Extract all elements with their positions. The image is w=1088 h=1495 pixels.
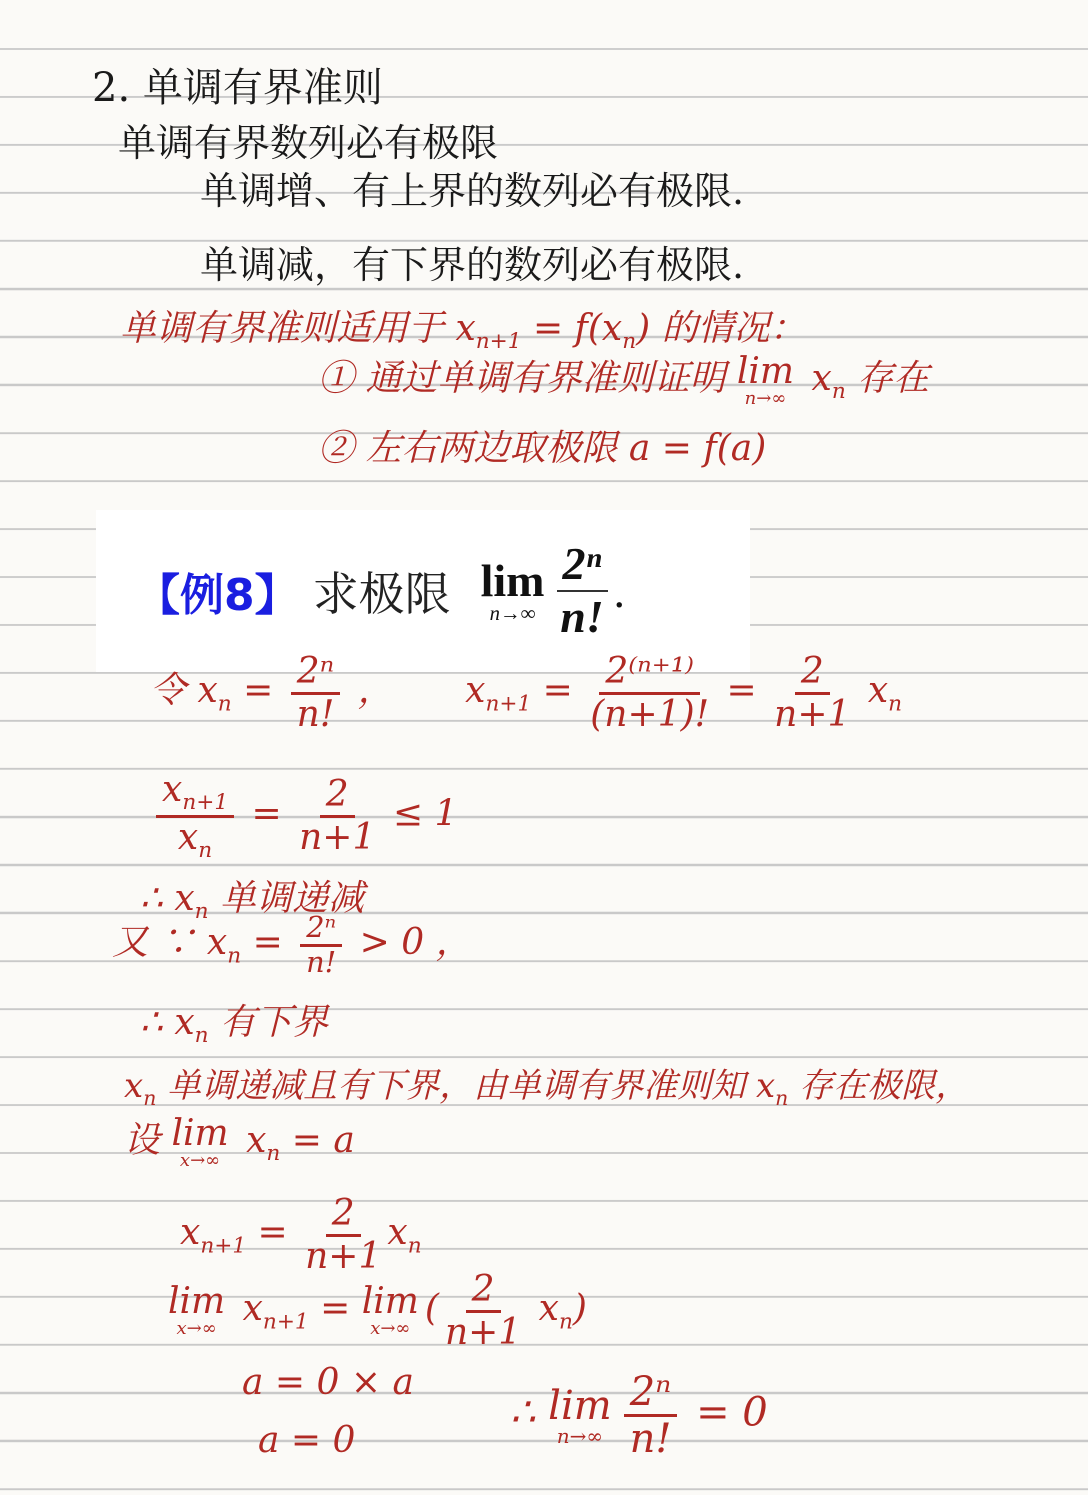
step-2: ② 左右两边取极限 a = f(a) <box>318 420 766 471</box>
solution-let: 令 xn = 2ⁿn! ， xn+1 = 2⁽ⁿ⁺¹⁾(n+1)! = 2n+1… <box>150 652 902 734</box>
solution-conclusion: xn 单调递减且有下界，由单调有界准则知 xn 存在极限， <box>124 1058 969 1110</box>
theorem-statement: 单调有界数列必有极限 <box>118 112 498 167</box>
solution-limit-both-sides: limx→∞ xn+1 = limx→∞(2n+1 xn) <box>168 1270 587 1352</box>
solution-a-equation: a = 0 × a <box>242 1362 414 1403</box>
solution-ratio: xn+1xn = 2n+1 ≤ 1 <box>150 770 457 863</box>
solution-positive: 又 ∵ xn = 2ⁿn! > 0 ， <box>112 912 472 978</box>
step-1: ① 通过单调有界准则证明 limn→∞ xn 存在 <box>318 350 929 408</box>
example-prompt: 求极限 <box>313 558 451 624</box>
example-formula: limn→∞ 2ⁿn! . <box>481 539 625 642</box>
example-problem-image: 【例8】 求极限 limn→∞ 2ⁿn! . <box>96 510 750 672</box>
decreasing-case: 单调减，有下界的数列必有极限. <box>200 234 744 289</box>
solution-bounded: ∴ xn 有下界 <box>140 994 328 1048</box>
example-tag: 【例8】 <box>136 559 299 623</box>
solution-set-limit: 设 limx→∞ xn = a <box>124 1112 355 1170</box>
final-answer: ∴ limn→∞2ⁿn! = 0 <box>510 1370 768 1461</box>
increasing-case: 单调增、有上界的数列必有极限. <box>200 160 744 215</box>
lim-operator: limn→∞ <box>737 354 794 408</box>
solution-a-zero: a = 0 <box>258 1420 355 1461</box>
applies-note: 单调有界准则适用于 xn+1 = f(xn) 的情况： <box>120 300 806 354</box>
section-title: 2. 单调有界准则 <box>92 56 383 113</box>
solution-recurrence: xn+1 = 2n+1xn <box>180 1194 422 1276</box>
